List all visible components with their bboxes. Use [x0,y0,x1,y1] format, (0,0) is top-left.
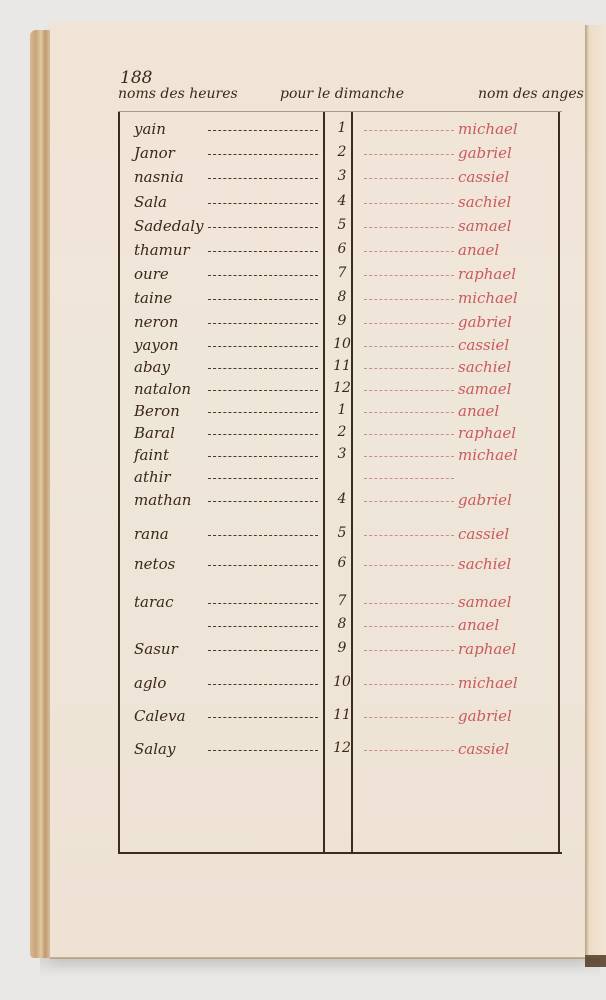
header-demon-names: noms des heures [118,86,238,102]
dash-leader [364,154,454,155]
hour-number: 2 [330,424,354,440]
table-row: Sala4sachiel [0,193,606,217]
page-number: 188 [120,68,152,88]
dash-leader [208,323,318,324]
hour-number: 6 [330,555,354,571]
hour-number: 2 [330,144,354,160]
demon-name: athir [134,468,171,486]
angel-name: cassiel [458,336,509,354]
dash-leader [208,299,318,300]
hour-number: 1 [330,120,354,136]
angel-name: michael [458,289,518,307]
dash-leader [364,717,454,718]
table-row: oure7raphael [0,265,606,289]
dash-leader [364,684,454,685]
angel-name: michael [458,674,518,692]
dash-leader [208,390,318,391]
dash-leader [364,750,454,751]
angel-name: cassiel [458,740,509,758]
demon-name: abay [134,358,170,376]
table-row: yain1michael [0,120,606,144]
hour-number: 8 [330,616,354,632]
dash-leader [364,251,454,252]
hour-number: 12 [330,380,354,396]
header-angel-names: nom des anges [478,86,584,102]
demon-name: neron [134,313,178,331]
table-row: athir [0,468,606,492]
dash-leader [364,412,454,413]
table-header: noms des heures pour le dimanche nom des… [118,86,588,110]
dash-leader [208,368,318,369]
angel-name: raphael [458,424,516,442]
demon-name: tarac [134,593,174,611]
table-row: Caleva11gabriel [0,707,606,731]
dash-leader [364,227,454,228]
dash-leader [364,275,454,276]
table-row: nasnia3cassiel [0,168,606,192]
angel-name: raphael [458,265,516,283]
dash-leader [208,178,318,179]
hour-number: 5 [330,217,354,233]
table-row: faint3michael [0,446,606,470]
table-row: taine8michael [0,289,606,313]
dash-leader [364,130,454,131]
dash-leader [364,603,454,604]
demon-name: oure [134,265,169,283]
hour-number: 8 [330,289,354,305]
hour-number: 5 [330,525,354,541]
table-row: Janor2gabriel [0,144,606,168]
demon-name: rana [134,525,169,543]
dash-leader [364,323,454,324]
demon-name: Salay [134,740,175,758]
table-row: tarac7samael [0,593,606,617]
dash-leader [364,434,454,435]
dash-leader [364,299,454,300]
table-row: Sasur9raphael [0,640,606,664]
angel-name: cassiel [458,168,509,186]
hour-number: 1 [330,402,354,418]
angel-name: gabriel [458,707,512,725]
dash-leader [208,501,318,502]
table-row: rana5cassiel [0,525,606,549]
dash-leader [208,227,318,228]
demon-name: Baral [134,424,175,442]
dash-leader [208,626,318,627]
hour-number: 11 [330,358,354,374]
dash-leader [208,130,318,131]
angel-name: samael [458,380,511,398]
table-row: natalon12samael [0,380,606,404]
hour-number: 7 [330,265,354,281]
dash-leader [208,434,318,435]
hour-number: 12 [330,740,354,756]
angel-name: anael [458,241,499,259]
hour-number: 6 [330,241,354,257]
demon-name: Sala [134,193,167,211]
table-row: Baral2raphael [0,424,606,448]
table-row: thamur6anael [0,241,606,265]
demon-name: Beron [134,402,180,420]
demon-name: faint [134,446,169,464]
dash-leader [364,346,454,347]
dash-leader [208,717,318,718]
dash-leader [364,535,454,536]
dash-leader [208,603,318,604]
dash-leader [208,412,318,413]
dash-leader [364,390,454,391]
table-row: neron9gabriel [0,313,606,337]
angel-name: sachiel [458,555,511,573]
dash-leader [208,750,318,751]
hour-number: 9 [330,313,354,329]
angel-name: michael [458,446,518,464]
demon-name: Sasur [134,640,178,658]
angel-name: samael [458,217,511,235]
table-row: yayon10cassiel [0,336,606,360]
table-row: abay11sachiel [0,358,606,382]
dash-leader [364,368,454,369]
dash-leader [208,203,318,204]
header-sunday: pour le dimanche [280,86,404,102]
demon-name: yayon [134,336,179,354]
dash-leader [208,535,318,536]
demon-name: Sadedaly [134,217,204,235]
dash-leader [364,203,454,204]
hour-number: 7 [330,593,354,609]
angel-name: michael [458,120,518,138]
angel-name: gabriel [458,491,512,509]
hour-number: 4 [330,193,354,209]
demon-name: mathan [134,491,191,509]
hour-number: 3 [330,168,354,184]
table-row: Salay12cassiel [0,740,606,764]
table-row: netos6sachiel [0,555,606,579]
angel-name: raphael [458,640,516,658]
dash-leader [208,650,318,651]
table-row: 8anael [0,616,606,640]
dash-leader [364,565,454,566]
dash-leader [208,251,318,252]
dash-leader [364,650,454,651]
table-row: Sadedaly5samael [0,217,606,241]
angel-name: gabriel [458,144,512,162]
page-shadow [40,958,600,978]
hour-number: 3 [330,446,354,462]
hour-number: 4 [330,491,354,507]
demon-name: aglo [134,674,166,692]
dash-leader [364,478,454,479]
dash-leader [364,626,454,627]
demon-name: Janor [134,144,175,162]
hour-number: 10 [330,674,354,690]
hour-number: 11 [330,707,354,723]
table-row: aglo10michael [0,674,606,698]
dash-leader [208,275,318,276]
dash-leader [208,478,318,479]
dash-leader [208,154,318,155]
demon-name: Caleva [134,707,186,725]
dash-leader [208,346,318,347]
demon-name: taine [134,289,172,307]
angel-name: sachiel [458,358,511,376]
dash-leader [208,684,318,685]
angel-name: sachiel [458,193,511,211]
demon-name: nasnia [134,168,184,186]
demon-name: thamur [134,241,190,259]
hour-number: 9 [330,640,354,656]
angel-name: samael [458,593,511,611]
demon-name: netos [134,555,175,573]
table-row: mathan4gabriel [0,491,606,515]
angel-name: anael [458,402,499,420]
demon-name: natalon [134,380,191,398]
hour-number: 10 [330,336,354,352]
dash-leader [364,178,454,179]
dash-leader [364,501,454,502]
dash-leader [364,456,454,457]
table-row: Beron1anael [0,402,606,426]
angel-name: anael [458,616,499,634]
demon-name: yain [134,120,166,138]
angel-name: cassiel [458,525,509,543]
dash-leader [208,456,318,457]
dash-leader [208,565,318,566]
angel-name: gabriel [458,313,512,331]
